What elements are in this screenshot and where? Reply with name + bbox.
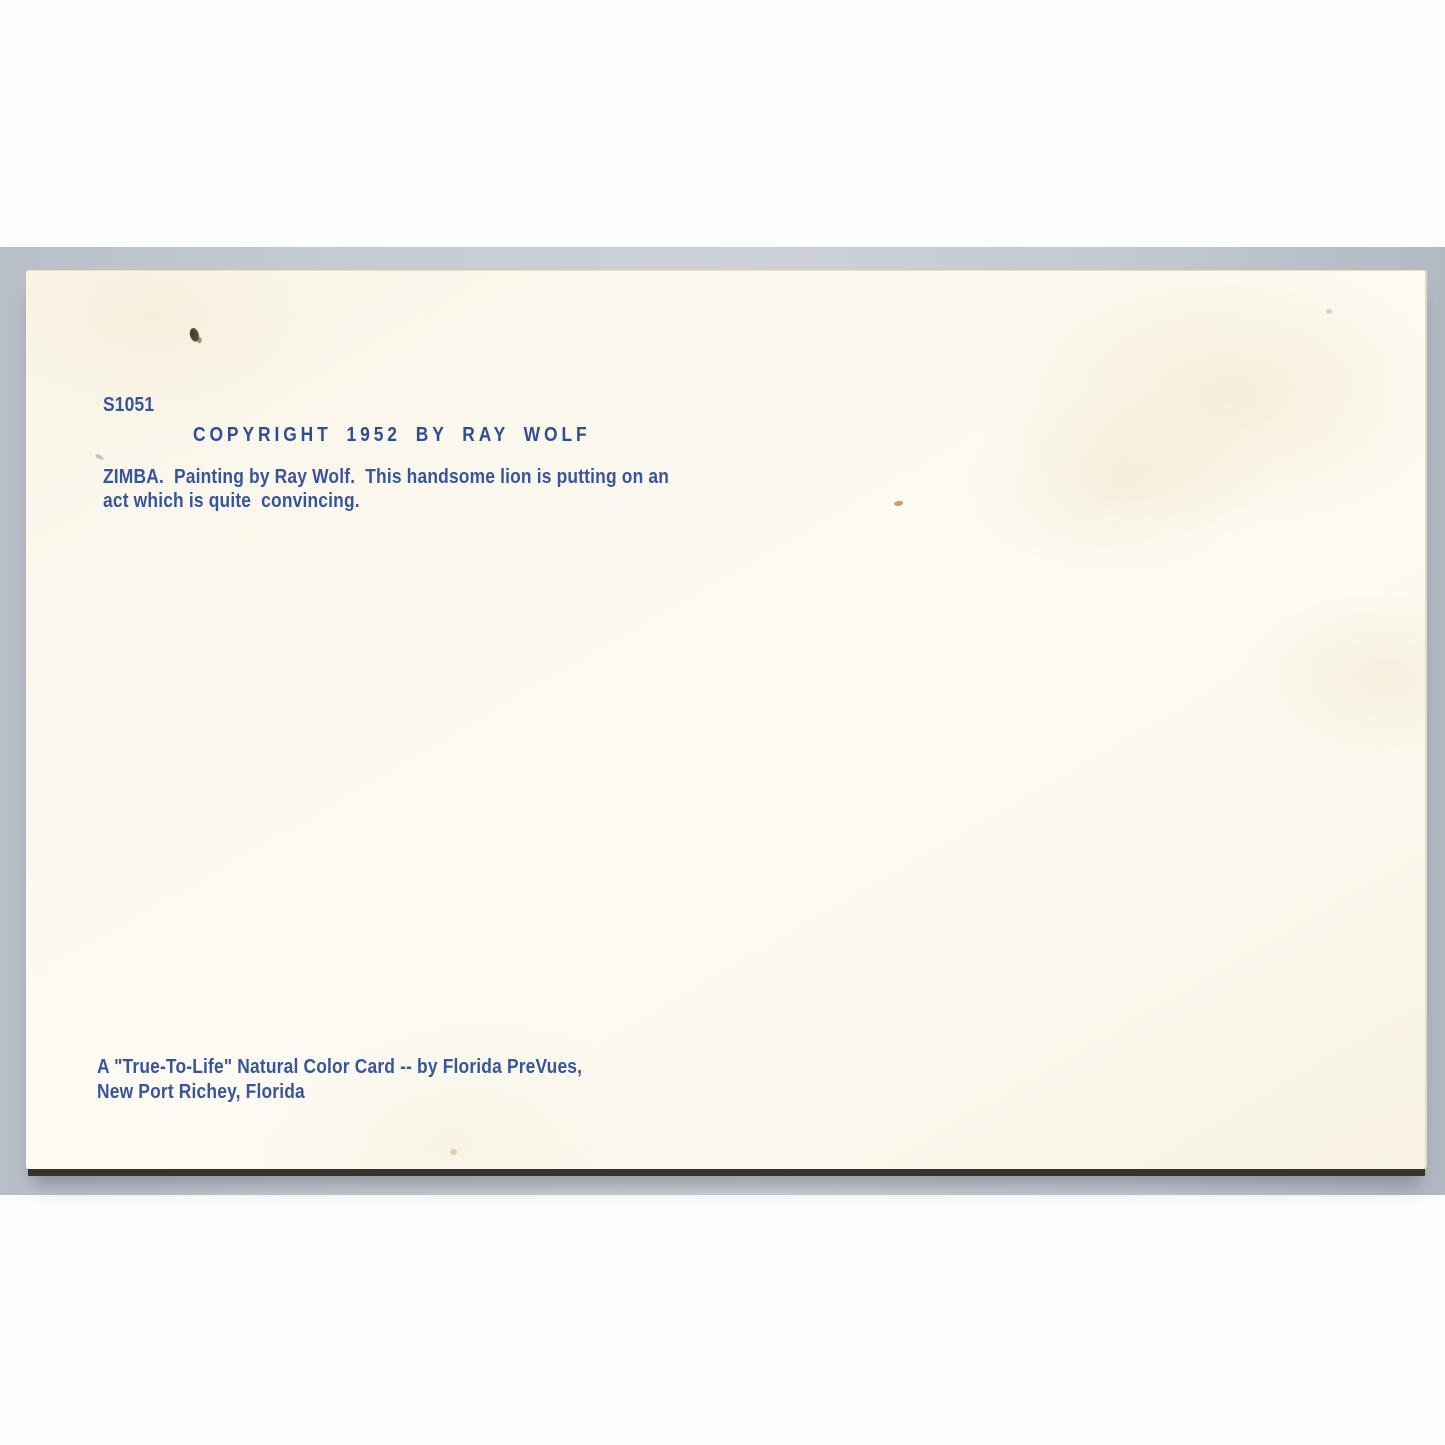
caption-block: S1051 ZIMBA. Painting by Ray Wolf. This … xyxy=(103,345,669,561)
tan-age-spot xyxy=(894,500,904,506)
publisher-info: A "True-To-Life" Natural Color Card -- b… xyxy=(97,1055,582,1105)
copyright-line: COPYRIGHT 1952 BY RAY WOLF xyxy=(193,423,591,447)
postcard-back: S1051 ZIMBA. Painting by Ray Wolf. This … xyxy=(26,270,1427,1169)
card-caption-text: ZIMBA. Painting by Ray Wolf. This handso… xyxy=(103,465,669,513)
small-age-spot xyxy=(1326,309,1332,314)
yellow-age-spot xyxy=(450,1149,457,1155)
card-serial-number: S1051 xyxy=(103,393,669,417)
ink-speck-mark xyxy=(188,327,202,343)
